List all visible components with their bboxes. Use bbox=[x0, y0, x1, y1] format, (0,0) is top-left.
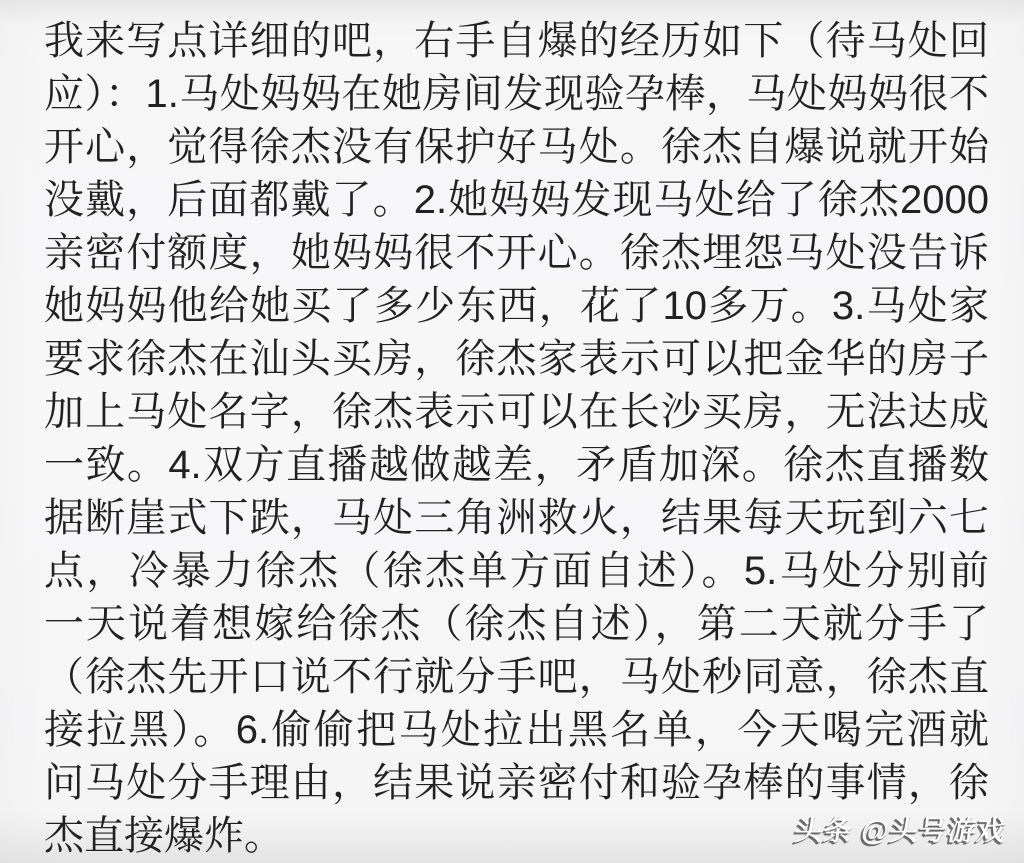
text-line: 亲密付额度，她妈妈很不开心。徐杰埋怨马处没告诉 bbox=[44, 227, 989, 280]
post-text-block: 我来写点详细的吧，右手自爆的经历如下（待马处回应）：1.马处妈妈在她房间发现验孕… bbox=[44, 15, 989, 863]
text-line: 据断崖式下跌，马处三角洲救火，结果每天玩到六七 bbox=[44, 492, 989, 545]
text-line: 应）：1.马处妈妈在她房间发现验孕棒，马处妈妈很不 bbox=[44, 68, 989, 121]
text-line: 要求徐杰在汕头买房，徐杰家表示可以把金华的房子 bbox=[44, 333, 989, 386]
text-line: 我来写点详细的吧，右手自爆的经历如下（待马处回 bbox=[44, 15, 989, 68]
text-line: 加上马处名字，徐杰表示可以在长沙买房，无法达成 bbox=[44, 386, 989, 439]
post-screenshot-canvas: 我来写点详细的吧，右手自爆的经历如下（待马处回应）：1.马处妈妈在她房间发现验孕… bbox=[0, 0, 1024, 863]
text-line: 问马处分手理由，结果说亲密付和验孕棒的事情，徐 bbox=[44, 757, 989, 810]
text-line: 开心，觉得徐杰没有保护好马处。徐杰自爆说就开始 bbox=[44, 121, 989, 174]
text-line: 点，冷暴力徐杰（徐杰单方面自述）。5.马处分别前 bbox=[44, 545, 989, 598]
text-line: 接拉黑）。6.偷偷把马处拉出黑名单，今天喝完酒就 bbox=[44, 704, 989, 757]
watermark: 头条 @头号游戏 bbox=[792, 809, 1008, 849]
text-line: 一天说着想嫁给徐杰（徐杰自述），第二天就分手了 bbox=[44, 598, 989, 651]
text-line: 没戴，后面都戴了。2.她妈妈发现马处给了徐杰2000 bbox=[44, 174, 989, 227]
text-line: 她妈妈他给她买了多少东西，花了10多万。3.马处家 bbox=[44, 280, 989, 333]
text-line: （徐杰先开口说不行就分手吧，马处秒同意，徐杰直 bbox=[44, 651, 989, 704]
text-line: 一致。4.双方直播越做越差，矛盾加深。徐杰直播数 bbox=[44, 439, 989, 492]
watermark-text: 头条 @头号游戏 bbox=[793, 815, 1008, 846]
